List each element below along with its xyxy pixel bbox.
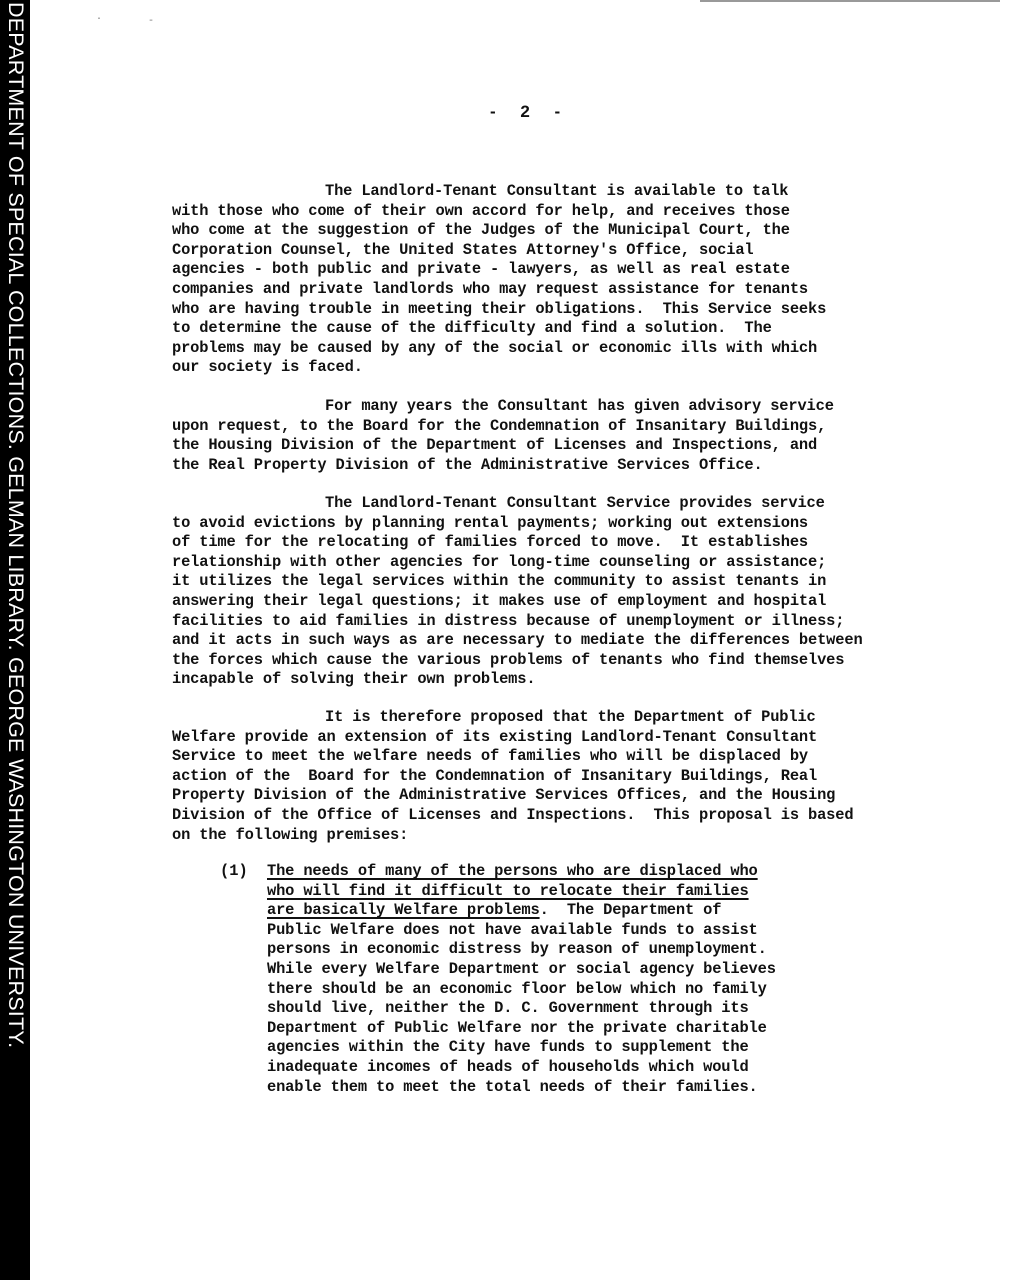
text-line: upon request, to the Board for the Conde… <box>172 417 826 435</box>
text-line: our society is faced. <box>172 358 363 376</box>
text-line: on the following premises: <box>172 826 408 844</box>
text-line: . The Department of <box>540 901 722 919</box>
text-line: Public Welfare does not have available f… <box>267 921 758 939</box>
premise-1-body: The needs of many of the persons who are… <box>267 862 776 1097</box>
paragraph-1: The Landlord-Tenant Consultant is availa… <box>172 182 826 378</box>
underlined-line: are basically Welfare problems <box>267 901 540 919</box>
text-line: facilities to aid families in distress b… <box>172 612 844 630</box>
paragraph-3: The Landlord-Tenant Consultant Service p… <box>172 494 863 690</box>
text-line: Division of the Office of Licenses and I… <box>172 806 853 824</box>
page-number: - 2 - <box>490 102 570 122</box>
text-line: Service to meet the welfare needs of fam… <box>172 747 808 765</box>
text-line: the Housing Division of the Department o… <box>172 436 817 454</box>
text-line: inadequate incomes of heads of household… <box>267 1058 749 1076</box>
text-line: The Landlord-Tenant Consultant Service p… <box>325 494 825 512</box>
text-line: enable them to meet the total needs of t… <box>267 1078 758 1096</box>
text-line: agencies within the City have funds to s… <box>267 1038 749 1056</box>
text-line: there should be an economic floor below … <box>267 980 767 998</box>
text-line: incapable of solving their own problems. <box>172 670 535 688</box>
text-line: persons in economic distress by reason o… <box>267 940 767 958</box>
text-line: Department of Public Welfare nor the pri… <box>267 1019 767 1037</box>
paragraph-4: It is therefore proposed that the Depart… <box>172 708 853 845</box>
underlined-line: who will find it difficult to relocate t… <box>267 882 749 900</box>
premise-number: (1) <box>220 862 248 882</box>
text-line: should live, neither the D. C. Governmen… <box>267 999 749 1017</box>
text-line: While every Welfare Department or social… <box>267 960 776 978</box>
text-line: The Landlord-Tenant Consultant is availa… <box>325 182 788 200</box>
scan-speck: - <box>148 16 154 27</box>
text-line: relationship with other agencies for lon… <box>172 553 826 571</box>
text-line: of time for the relocating of families f… <box>172 533 808 551</box>
text-line: For many years the Consultant has given … <box>325 397 834 415</box>
text-line: companies and private landlords who may … <box>172 280 808 298</box>
text-line: who are having trouble in meeting their … <box>172 300 826 318</box>
scan-speck: · <box>96 14 102 25</box>
text-line: the forces which cause the various probl… <box>172 651 844 669</box>
text-line: answering their legal questions; it make… <box>172 592 826 610</box>
archive-credit-text: DEPARTMENT OF SPECIAL COLLECTIONS. GELMA… <box>3 2 28 1048</box>
text-line: and it acts in such ways as are necessar… <box>172 631 863 649</box>
text-line: it utilizes the legal services within th… <box>172 572 826 590</box>
text-line: to avoid evictions by planning rental pa… <box>172 514 808 532</box>
text-line: who come at the suggestion of the Judges… <box>172 221 790 239</box>
text-line: Welfare provide an extension of its exis… <box>172 728 817 746</box>
text-line: to determine the cause of the difficulty… <box>172 319 772 337</box>
text-line: the Real Property Division of the Admini… <box>172 456 763 474</box>
text-line: problems may be caused by any of the soc… <box>172 339 817 357</box>
paragraph-2: For many years the Consultant has given … <box>172 397 834 475</box>
archive-side-strip: DEPARTMENT OF SPECIAL COLLECTIONS. GELMA… <box>0 0 30 1280</box>
text-line: with those who come of their own accord … <box>172 202 790 220</box>
text-line: Corporation Counsel, the United States A… <box>172 241 754 259</box>
scan-edge-line <box>700 0 1000 2</box>
text-line: agencies - both public and private - law… <box>172 260 790 278</box>
text-line: Property Division of the Administrative … <box>172 786 835 804</box>
underlined-line: The needs of many of the persons who are… <box>267 862 758 880</box>
text-line: It is therefore proposed that the Depart… <box>325 708 816 726</box>
text-line: action of the Board for the Condemnation… <box>172 767 817 785</box>
